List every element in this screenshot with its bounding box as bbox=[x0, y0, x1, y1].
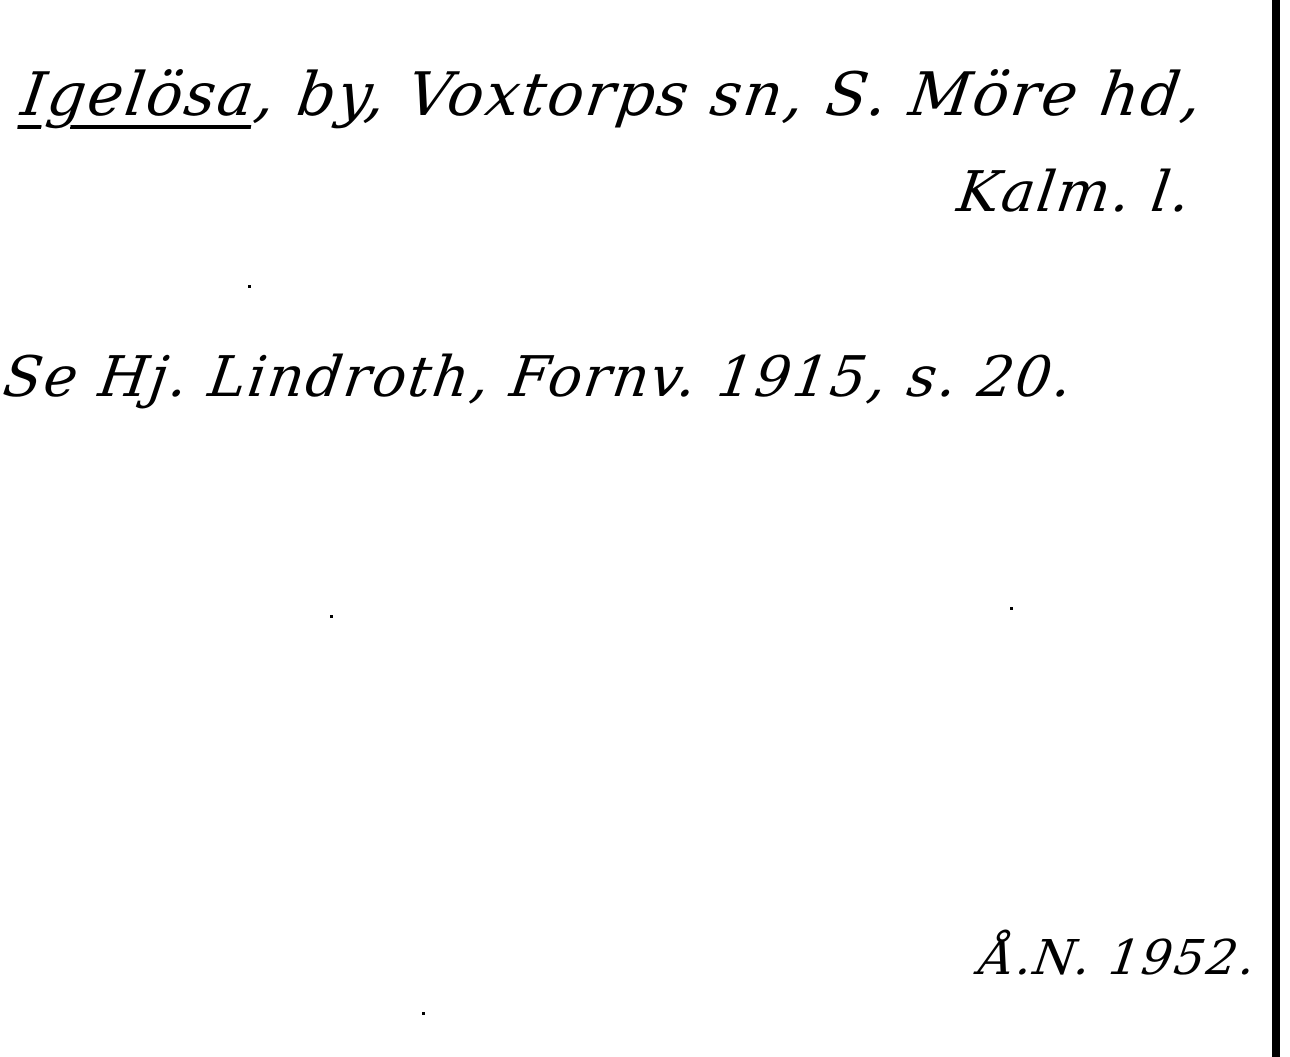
entry-title-line: Igelösa, by, Voxtorps sn, S. Möre hd, bbox=[17, 60, 1208, 130]
scan-speck bbox=[1010, 607, 1013, 610]
place-description: , by, Voxtorps sn, S. Möre hd, bbox=[251, 60, 1208, 130]
card-right-edge-border bbox=[1272, 0, 1280, 1057]
scan-speck bbox=[248, 285, 251, 288]
bibliographic-reference: Se Hj. Lindroth, Fornv. 1915, s. 20. bbox=[0, 345, 1078, 410]
scan-speck bbox=[422, 1012, 425, 1015]
signature-date: Å.N. 1952. bbox=[976, 930, 1261, 986]
county-line: Kalm. l. bbox=[953, 160, 1196, 225]
place-name-heading: Igelösa bbox=[17, 60, 260, 130]
scan-speck bbox=[330, 615, 333, 618]
